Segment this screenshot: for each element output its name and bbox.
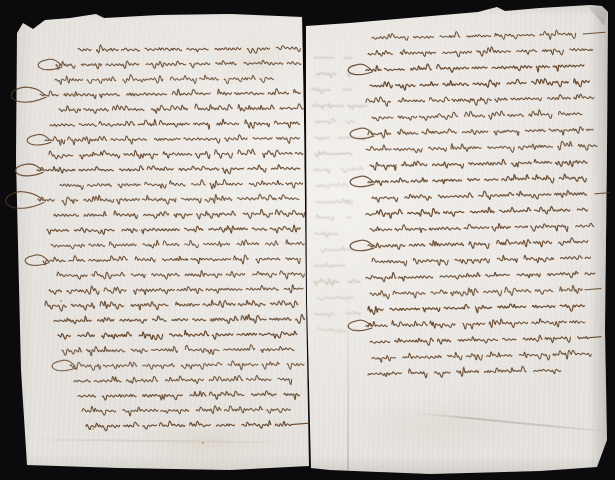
foxing-speck [202,442,204,444]
fold-crease [415,412,614,433]
paper-stain [470,200,580,340]
foxing-speck [60,300,62,302]
foxing-speck [92,428,94,430]
paper-stain [210,30,300,90]
folded-corner [586,4,610,28]
fold-crease [25,439,295,444]
manuscript-scan [0,0,615,480]
fold-crease [347,280,349,472]
paper-stain [340,395,540,455]
paper-stain [130,420,280,466]
